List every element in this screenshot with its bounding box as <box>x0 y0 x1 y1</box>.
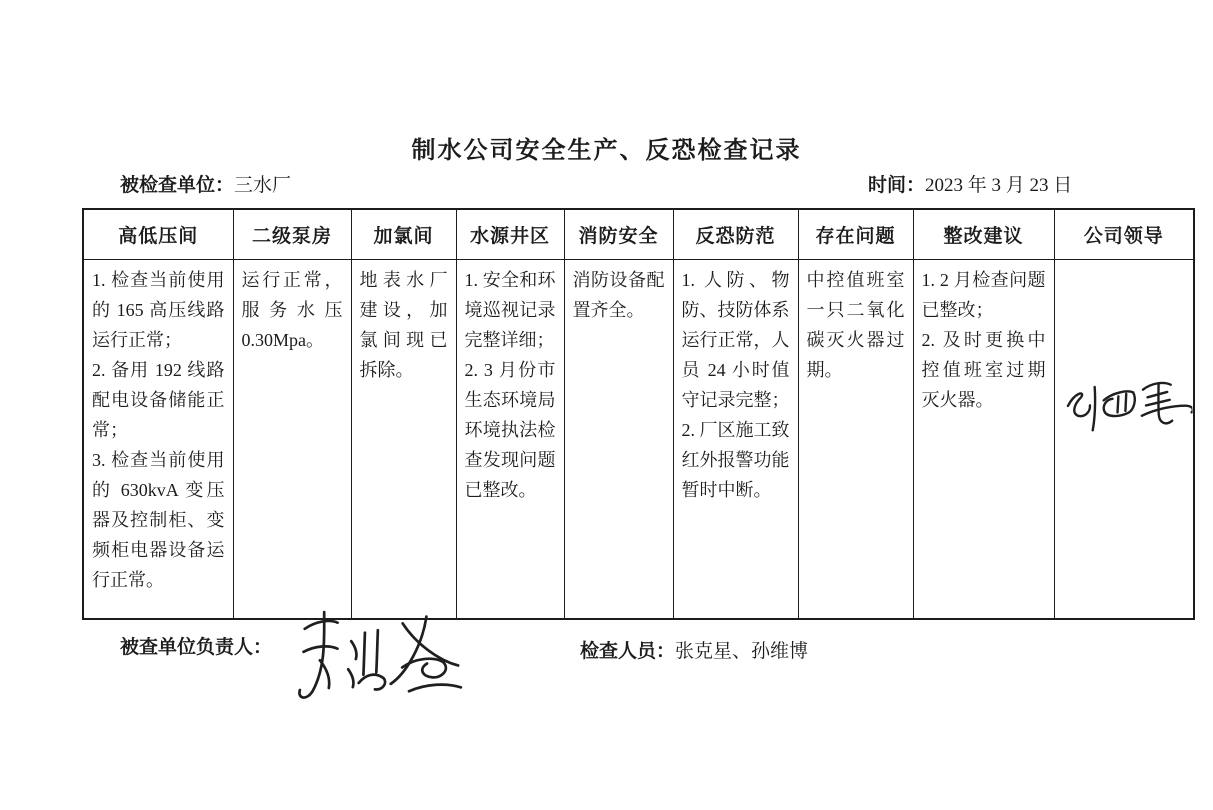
header-anti-terrorism: 反恐防范 <box>673 209 798 259</box>
header-company-leader: 公司领导 <box>1054 209 1194 259</box>
company-leader-signature <box>1053 367 1193 442</box>
time-label: 时间： <box>868 175 925 196</box>
cell-anti-terrorism: 1. 人防、物防、技防体系运行正常，人员 24 小时值守记录完整； 2. 厂区施… <box>673 259 798 619</box>
header-well-field: 水源井区 <box>456 209 564 259</box>
header-rectification-suggestions: 整改建议 <box>913 209 1054 259</box>
header-existing-problems: 存在问题 <box>798 209 913 259</box>
page-title: 制水公司安全生产、反恐检查记录 <box>0 130 1213 165</box>
header-chlorination-room: 加氯间 <box>351 209 456 259</box>
responsible-person-label: 被查单位负责人： <box>120 632 272 659</box>
cell-company-leader <box>1054 259 1194 619</box>
inspected-unit: 被检查单位：三水厂 <box>120 170 291 197</box>
time-value: 2023 年 3 月 23 日 <box>925 175 1072 196</box>
inspectors-names: 张克星、孙维博 <box>675 641 808 662</box>
cell-fire-safety: 消防设备配置齐全。 <box>564 259 673 619</box>
cell-rectification-suggestions: 1. 2 月检查问题已整改； 2. 及时更换中控值班室过期灭火器。 <box>913 259 1054 619</box>
cell-chlorination-room: 地表水厂建设，加氯间现已拆除。 <box>351 259 456 619</box>
header-high-low-voltage: 高低压间 <box>83 209 233 259</box>
document-page: 制水公司安全生产、反恐检查记录 被检查单位：三水厂 时间：2023 年 3 月 … <box>0 0 1213 810</box>
inspection-table: 高低压间 二级泵房 加氯间 水源井区 消防安全 反恐防范 存在问题 整改建议 公… <box>82 208 1195 620</box>
table-body-row: 1. 检查当前使用的 165 高压线路运行正常； 2. 备用 192 线路配电设… <box>83 259 1194 619</box>
cell-well-field: 1. 安全和环境巡视记录完整详细； 2. 3 月份市生态环境局环境执法检查发现问… <box>456 259 564 619</box>
inspected-unit-value: 三水厂 <box>234 175 291 196</box>
inspected-unit-label: 被检查单位： <box>120 175 234 196</box>
cell-high-low-voltage: 1. 检查当前使用的 165 高压线路运行正常； 2. 备用 192 线路配电设… <box>83 259 233 619</box>
inspectors-label: 检查人员： <box>580 641 675 662</box>
header-secondary-pump-room: 二级泵房 <box>233 209 351 259</box>
cell-existing-problems: 中控值班室一只二氧化碳灭火器过期。 <box>798 259 913 619</box>
cell-secondary-pump-room: 运行正常，服务水压 0.30Mpa。 <box>233 259 351 619</box>
responsible-person-signature <box>284 599 488 728</box>
header-fire-safety: 消防安全 <box>564 209 673 259</box>
inspection-date: 时间：2023 年 3 月 23 日 <box>868 170 1072 197</box>
inspectors: 检查人员：张克星、孙维博 <box>580 636 808 663</box>
table-header-row: 高低压间 二级泵房 加氯间 水源井区 消防安全 反恐防范 存在问题 整改建议 公… <box>83 209 1194 259</box>
